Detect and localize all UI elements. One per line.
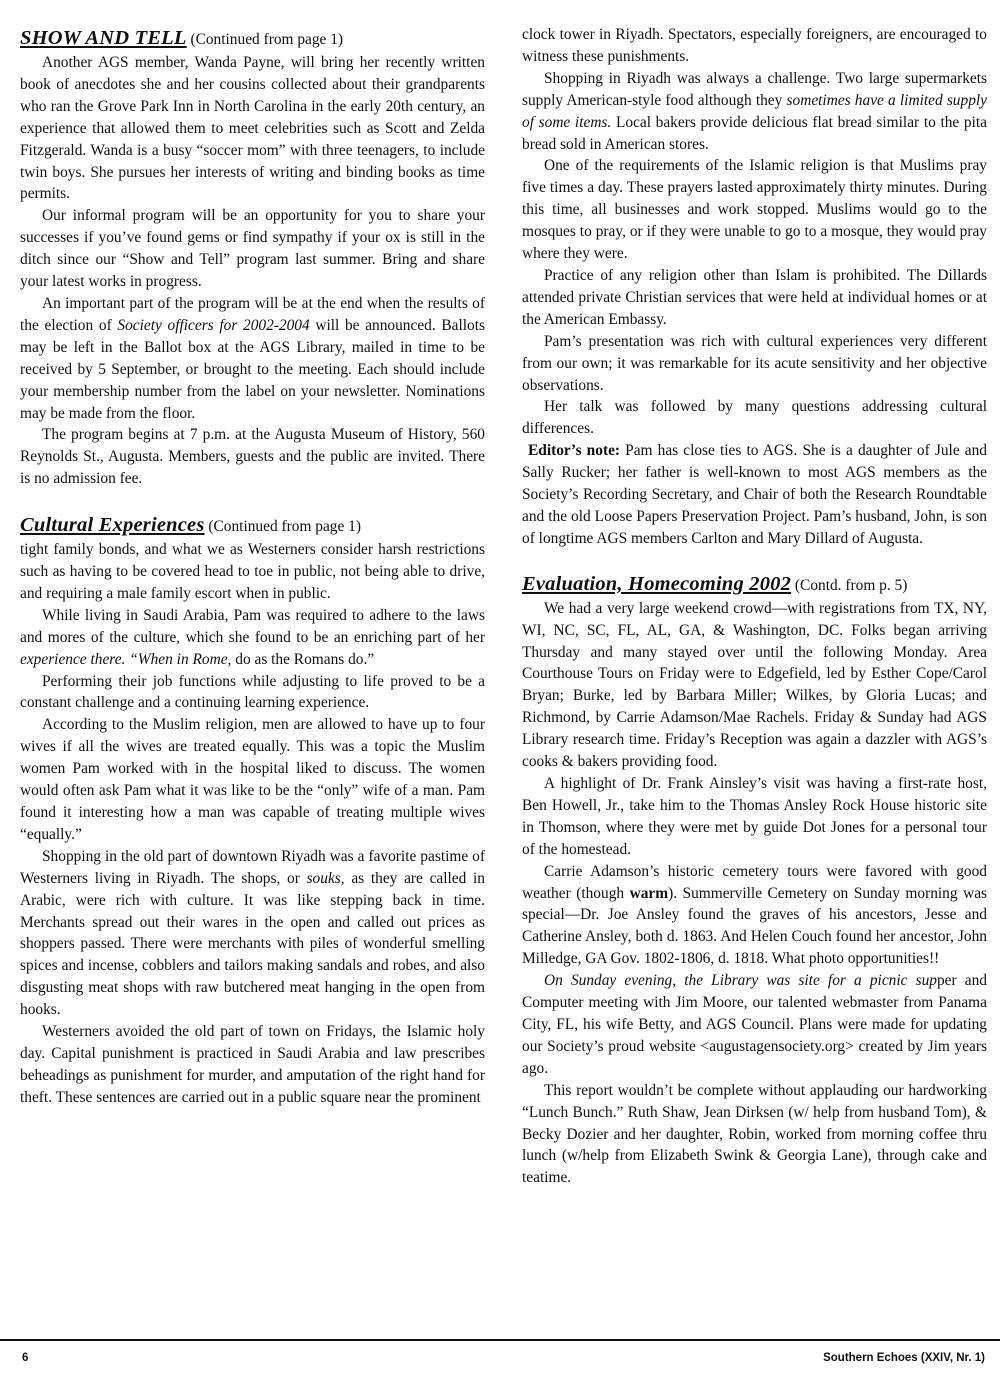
paragraph: Performing their job functions while adj… xyxy=(20,671,485,715)
italic-text: Society officers for 2002-2004 xyxy=(117,317,309,334)
publication-info: Southern Echoes (XXIV, Nr. 1) xyxy=(823,1352,985,1364)
paragraph: Another AGS member, Wanda Payne, will br… xyxy=(20,52,485,205)
section-title: SHOW AND TELL xyxy=(20,27,187,49)
paragraph: On Sunday evening, the Library was site … xyxy=(522,970,987,1080)
paragraph: The program begins at 7 p.m. at the Augu… xyxy=(20,424,485,490)
paragraph: An important part of the program will be… xyxy=(20,293,485,424)
evaluation-heading: Evaluation, Homecoming 2002 (Contd. from… xyxy=(522,570,987,598)
section-title: Cultural Experiences xyxy=(20,514,205,536)
paragraph: Practice of any religion other than Isla… xyxy=(522,265,987,331)
continued-note: (Continued from page 1) xyxy=(187,31,343,48)
paragraph: According to the Muslim religion, men ar… xyxy=(20,714,485,845)
paragraph: One of the requirements of the Islamic r… xyxy=(522,155,987,265)
paragraph: tight family bonds, and what we as Weste… xyxy=(20,539,485,605)
page-number: 6 xyxy=(22,1352,28,1364)
editors-note: Editor’s note: Pam has close ties to AGS… xyxy=(522,440,987,550)
paragraph: Shopping in Riyadh was always a challeng… xyxy=(522,68,987,156)
paragraph: Pam’s presentation was rich with cultura… xyxy=(522,331,987,397)
cultural-experiences-heading: Cultural Experiences (Continued from pag… xyxy=(20,511,485,539)
section-gap xyxy=(522,550,987,570)
text: , as they are called in Arabic, were ric… xyxy=(20,870,485,1018)
show-and-tell-heading: SHOW AND TELL (Continued from page 1) xyxy=(20,24,485,52)
paragraph: A highlight of Dr. Frank Ainsley’s visit… xyxy=(522,773,987,861)
section-title: Evaluation, Homecoming 2002 xyxy=(522,573,791,595)
left-column: SHOW AND TELL (Continued from page 1) An… xyxy=(20,24,485,1109)
italic-text: experience there. “When in Rome, xyxy=(20,651,231,668)
footer-rule xyxy=(0,1339,1000,1341)
editors-note-label: Editor’s note: xyxy=(528,442,620,459)
text: While living in Saudi Arabia, Pam was re… xyxy=(20,607,485,646)
italic-text: On Sunday evening, the Library was site … xyxy=(544,972,937,989)
paragraph: This report wouldn’t be complete without… xyxy=(522,1080,987,1190)
continued-note: (Continued from page 1) xyxy=(205,518,361,535)
paragraph: clock tower in Riyadh. Spectators, espec… xyxy=(522,24,987,68)
paragraph: Westerners avoided the old part of town … xyxy=(20,1021,485,1109)
section-gap xyxy=(20,490,485,511)
continued-note: (Contd. from p. 5) xyxy=(791,577,907,594)
paragraph: While living in Saudi Arabia, Pam was re… xyxy=(20,605,485,671)
right-column: clock tower in Riyadh. Spectators, espec… xyxy=(522,24,987,1189)
paragraph: Her talk was followed by many questions … xyxy=(522,396,987,440)
paragraph: Shopping in the old part of downtown Riy… xyxy=(20,846,485,1021)
italic-text: souks xyxy=(307,870,341,887)
bold-text: warm xyxy=(630,885,668,902)
paragraph: Carrie Adamson’s historic cemetery tours… xyxy=(522,861,987,971)
text: do as the Romans do.” xyxy=(231,651,374,668)
paragraph: We had a very large weekend crowd—with r… xyxy=(522,598,987,773)
paragraph: Our informal program will be an opportun… xyxy=(20,205,485,293)
